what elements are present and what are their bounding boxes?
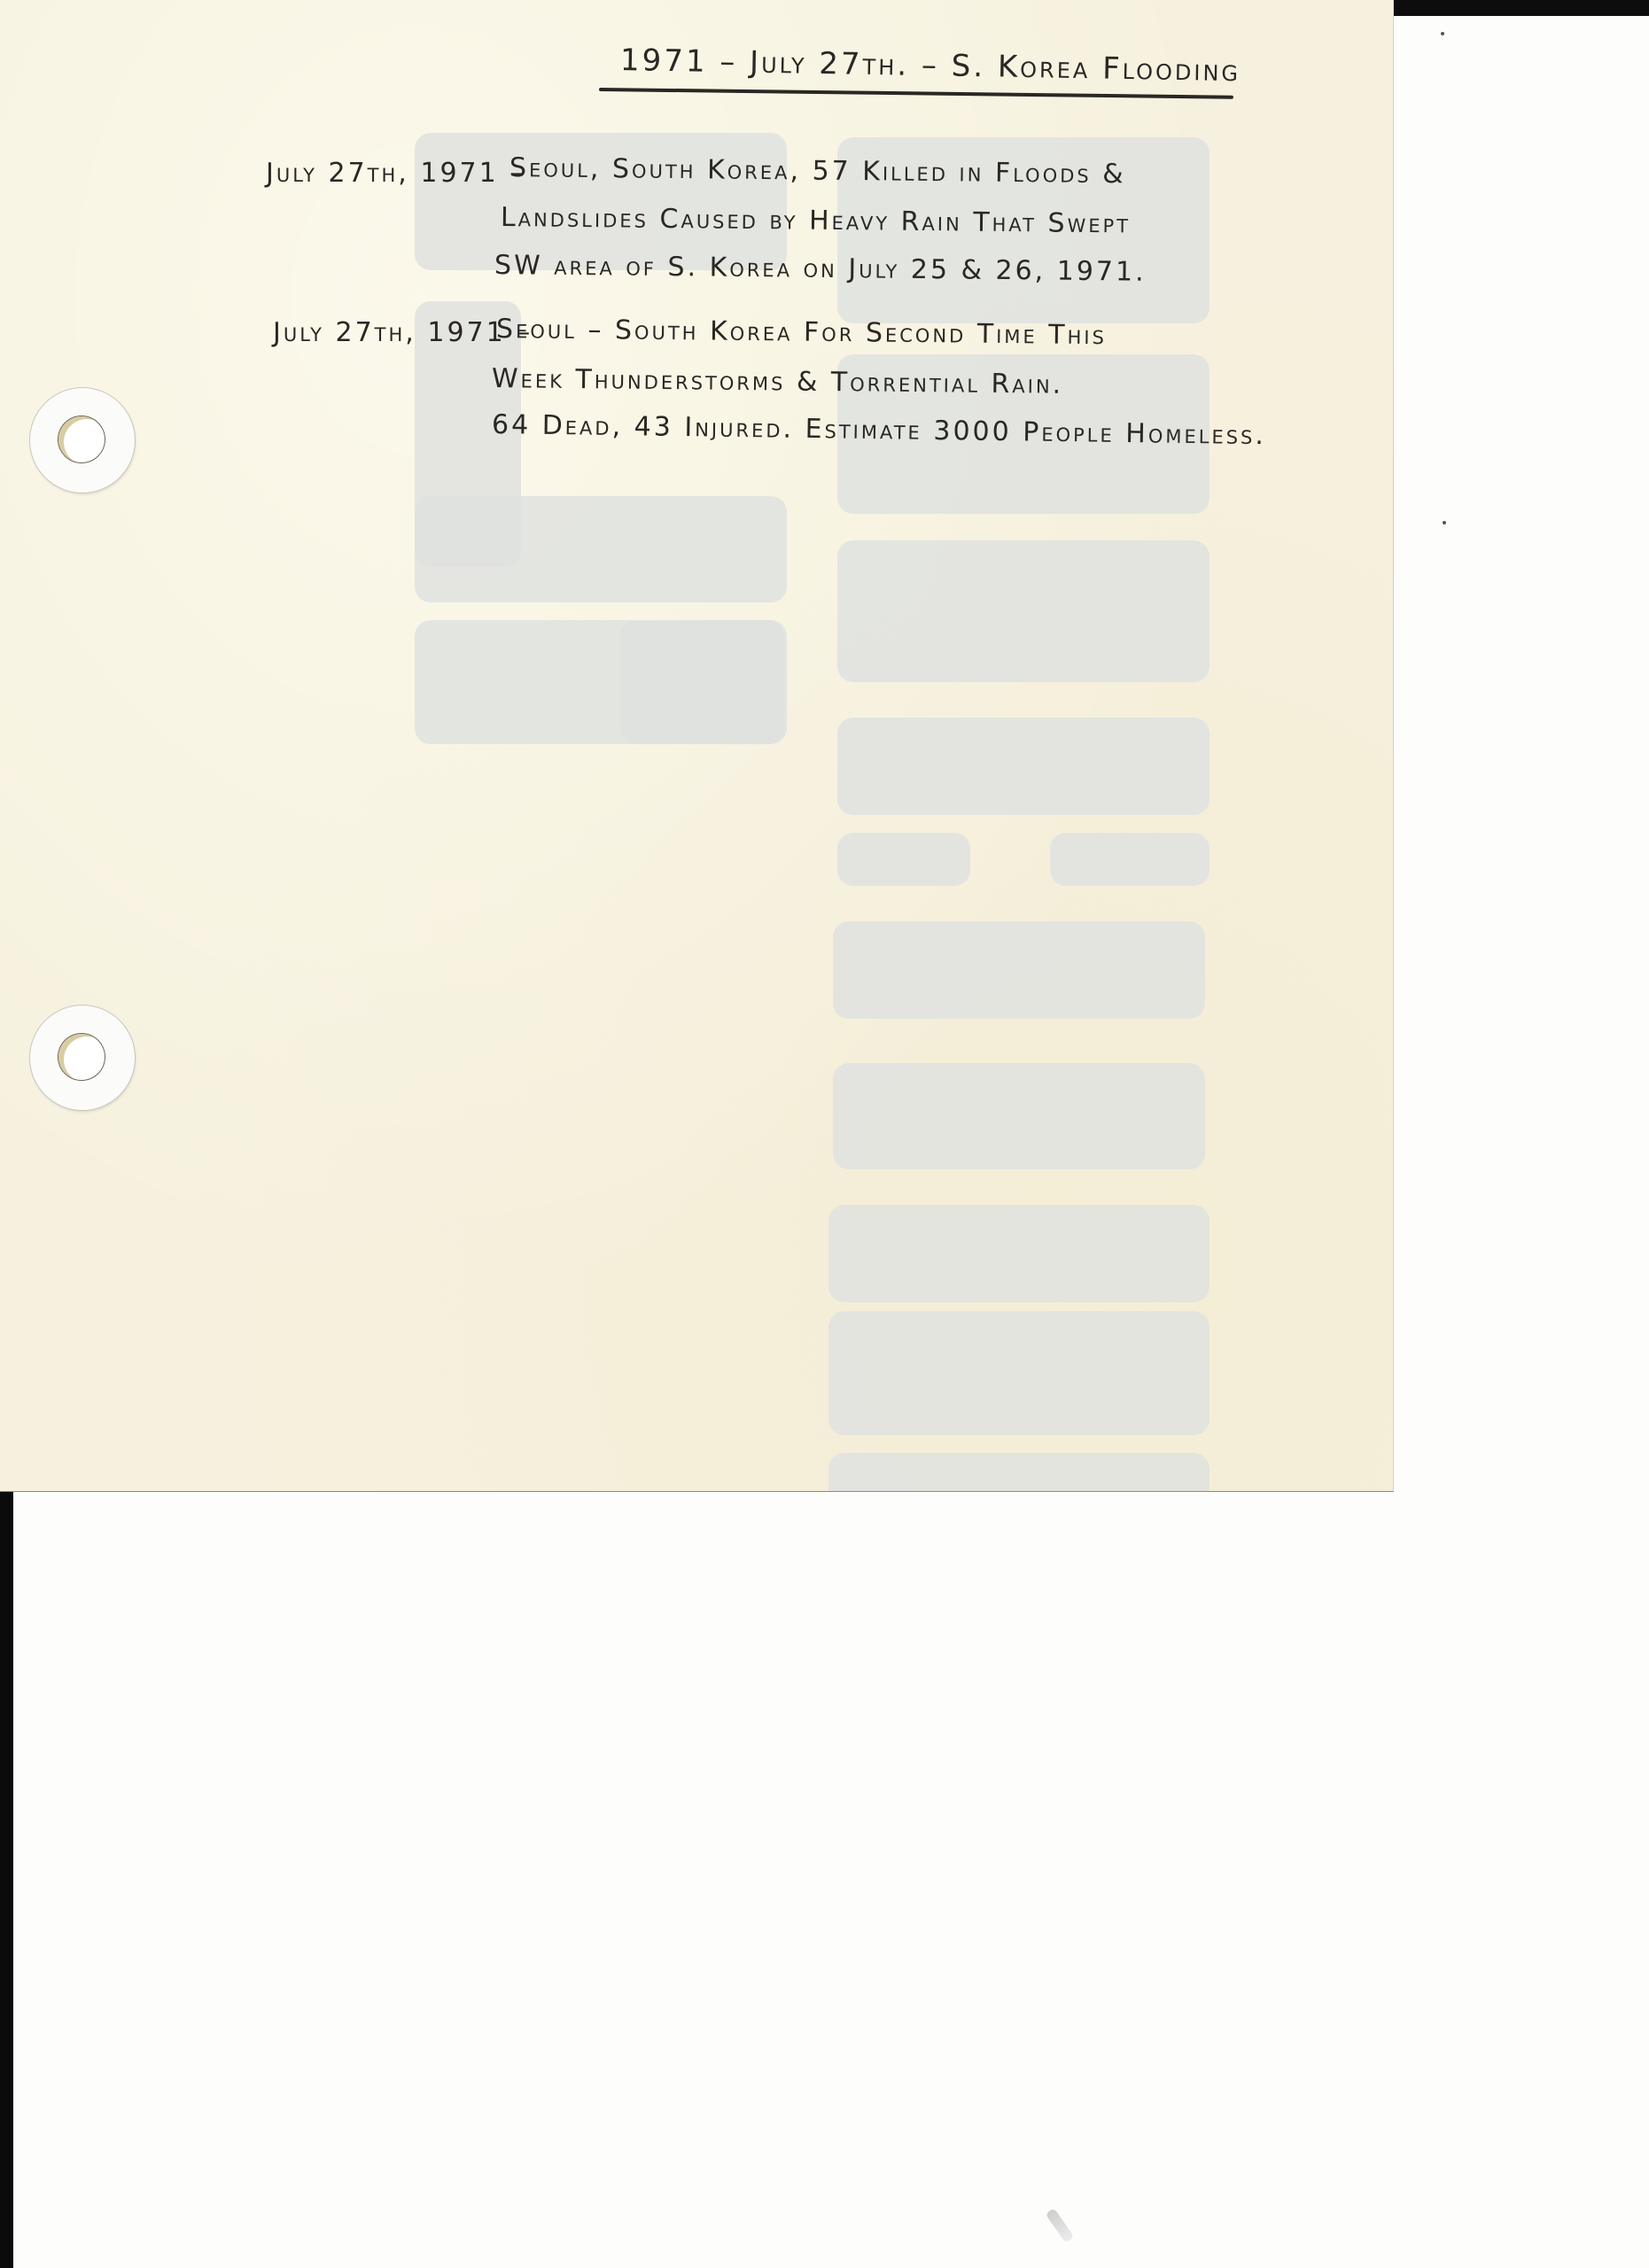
title-underline [599,88,1233,99]
entry-line: Seoul, South Korea, 57 Killed in Floods … [509,152,1126,190]
entry-line: Seoul – South Korea For Second Time This [496,314,1107,351]
binder-hole-reinforcement [30,388,135,493]
entry-line: SW area of S. Korea on July 25 & 26, 197… [494,250,1147,288]
binder-hole [58,416,105,462]
entry-date: July 27th, 1971 – [273,317,533,348]
scanner-edge-left [0,1491,13,2268]
dust-speck [1443,521,1446,524]
entry-line: Week Thunderstorms & Torrential Rain. [492,363,1064,400]
scan-smudge [1046,2208,1075,2243]
entry-line: Landslides Caused by Heavy Rain That Swe… [501,202,1131,239]
page-title: 1971 – July 27th. – S. Korea Flooding [620,43,1241,89]
binder-hole-reinforcement [30,1006,135,1110]
paper-sheet: 1971 – July 27th. – S. Korea Flooding Ju… [0,0,1394,1492]
scanner-edge-top [1393,0,1649,16]
dust-speck [1441,32,1444,35]
entry-date: July 27th, 1971 – [266,158,525,189]
binder-hole [58,1034,105,1080]
